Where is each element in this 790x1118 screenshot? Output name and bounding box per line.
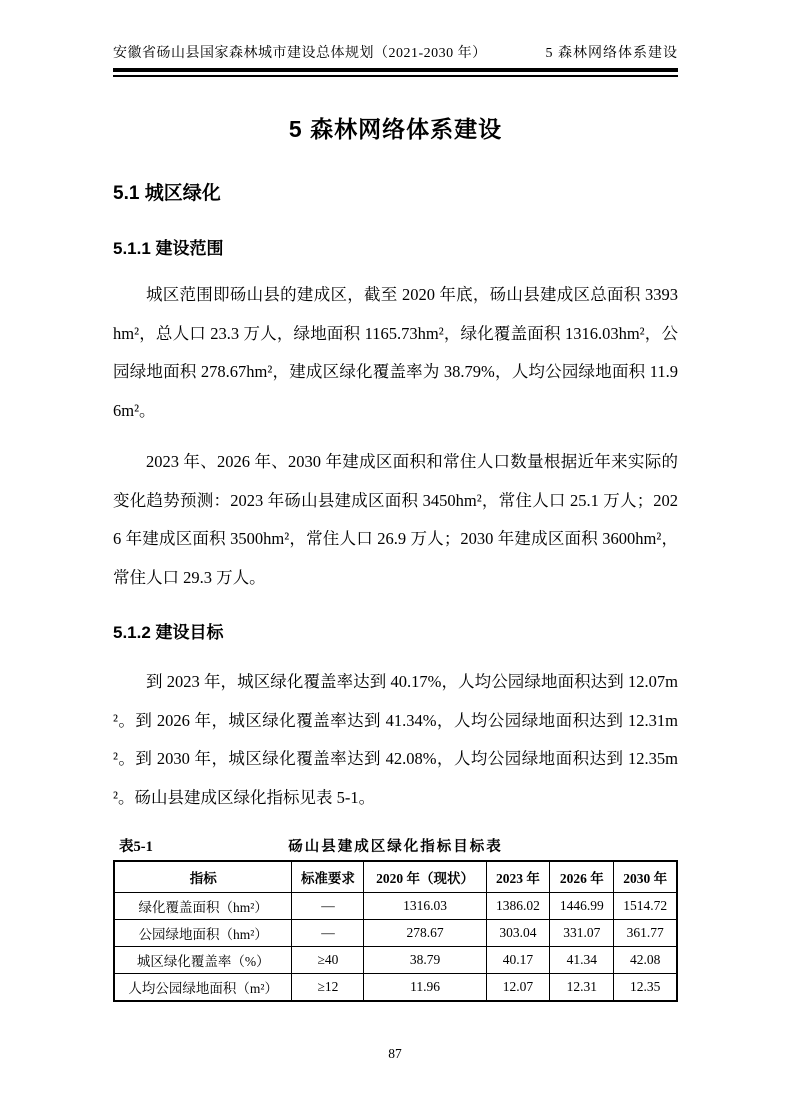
table-cell: 1386.02 <box>486 893 550 920</box>
table-cell: 公园绿地面积（hm²） <box>114 920 292 947</box>
table-cell: 40.17 <box>486 947 550 974</box>
table-cell: 12.07 <box>486 974 550 1002</box>
table-cell: — <box>292 920 364 947</box>
table-row: 城区绿化覆盖率（%）≥4038.7940.1741.3442.08 <box>114 947 677 974</box>
table-cell: ≥40 <box>292 947 364 974</box>
paragraph-build-forecast: 2023 年、2026 年、2030 年建成区面积和常住人口数量根据近年来实际的… <box>113 443 678 597</box>
table-cell: 278.67 <box>364 920 486 947</box>
table-header-cell: 2030 年 <box>614 861 677 893</box>
table-cell: 42.08 <box>614 947 677 974</box>
paragraph-build-scope: 城区范围即砀山县的建成区，截至 2020 年底，砀山县建成区总面积 3393hm… <box>113 276 678 430</box>
header-right-text: 5 森林网络体系建设 <box>546 45 679 63</box>
table-cell: 331.07 <box>550 920 614 947</box>
table-cell: 361.77 <box>614 920 677 947</box>
table-cell: 41.34 <box>550 947 614 974</box>
section-heading-5-1-1: 5.1.1 建设范围 <box>113 240 678 258</box>
table-label: 表5-1 <box>119 837 153 857</box>
indicators-table: 指标标准要求2020 年（现状）2023 年2026 年2030 年 绿化覆盖面… <box>113 860 678 1002</box>
table-cell: 38.79 <box>364 947 486 974</box>
table-cell: 绿化覆盖面积（hm²） <box>114 893 292 920</box>
table-row: 绿化覆盖面积（hm²）—1316.031386.021446.991514.72 <box>114 893 677 920</box>
table-header-cell: 标准要求 <box>292 861 364 893</box>
table-header-cell: 2023 年 <box>486 861 550 893</box>
table-caption-row: 表5-1 砀山县建成区绿化指标目标表 <box>113 837 678 857</box>
document-page: 安徽省砀山县国家森林城市建设总体规划（2021-2030 年） 5 森林网络体系… <box>0 0 790 1118</box>
table-cell: 303.04 <box>486 920 550 947</box>
table-cell: — <box>292 893 364 920</box>
table-header-cell: 2026 年 <box>550 861 614 893</box>
table-cell: 12.31 <box>550 974 614 1002</box>
table-cell: 1514.72 <box>614 893 677 920</box>
table-cell: 12.35 <box>614 974 677 1002</box>
header-left-text: 安徽省砀山县国家森林城市建设总体规划（2021-2030 年） <box>113 45 487 63</box>
table-header-cell: 指标 <box>114 861 292 893</box>
table-row: 人均公园绿地面积（m²）≥1211.9612.0712.3112.35 <box>114 974 677 1002</box>
table-head: 指标标准要求2020 年（现状）2023 年2026 年2030 年 <box>114 861 677 893</box>
section-heading-5-1: 5.1 城区绿化 <box>113 184 678 204</box>
table-header-cell: 2020 年（现状） <box>364 861 486 893</box>
table-cell: 1446.99 <box>550 893 614 920</box>
header-rule <box>113 68 678 77</box>
table-cell: 1316.03 <box>364 893 486 920</box>
table-cell: ≥12 <box>292 974 364 1002</box>
page-header: 安徽省砀山县国家森林城市建设总体规划（2021-2030 年） 5 森林网络体系… <box>113 45 678 63</box>
table-cell: 人均公园绿地面积（m²） <box>114 974 292 1002</box>
table-row: 公园绿地面积（hm²）—278.67303.04331.07361.77 <box>114 920 677 947</box>
chapter-title: 5 森林网络体系建设 <box>113 114 678 144</box>
table-header-row: 指标标准要求2020 年（现状）2023 年2026 年2030 年 <box>114 861 677 893</box>
paragraph-build-targets: 到 2023 年，城区绿化覆盖率达到 40.17%，人均公园绿地面积达到 12.… <box>113 663 678 817</box>
table-caption: 砀山县建成区绿化指标目标表 <box>113 837 678 857</box>
section-heading-5-1-2: 5.1.2 建设目标 <box>113 624 678 642</box>
table-cell: 城区绿化覆盖率（%） <box>114 947 292 974</box>
table-cell: 11.96 <box>364 974 486 1002</box>
table-body: 绿化覆盖面积（hm²）—1316.031386.021446.991514.72… <box>114 893 677 1002</box>
page-number: 87 <box>0 1046 790 1062</box>
